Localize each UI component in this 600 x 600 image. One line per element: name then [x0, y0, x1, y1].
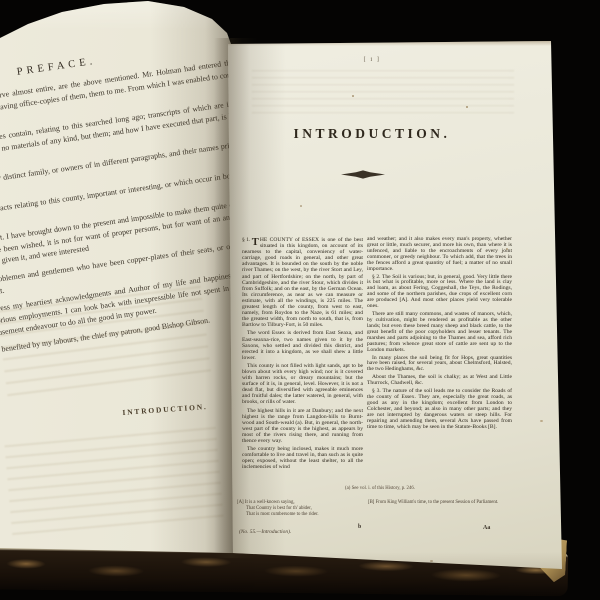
- signature-mark: Aa: [483, 525, 490, 531]
- paragraph: The highest hills in it are at Danbury; …: [242, 408, 363, 445]
- diamond-ornament-icon: [341, 170, 385, 179]
- paragraph: The word Essex is derived from East Seax…: [242, 330, 363, 360]
- paragraph: This county is not filled with light san…: [242, 363, 363, 406]
- paragraph: § 3. The nature of the soil leads me to …: [367, 389, 512, 430]
- footnote-reference: (a) See vol. i. of this History, p. 246.: [300, 486, 460, 491]
- paragraph-section-1: § 1. THE COUNTY of ESSEX is one of the b…: [242, 237, 363, 328]
- page-number: [ i ]: [232, 56, 512, 63]
- foxing-spot: [300, 205, 302, 207]
- foxing-spot: [430, 560, 433, 562]
- show-through-text: [252, 70, 514, 118]
- paragraph: § 2. The Soil is various; but, in genera…: [367, 275, 512, 311]
- text-column-right: and weather; and it also makes every man…: [367, 237, 512, 433]
- footnote-a: [A] It is a well-known saying,That Count…: [237, 500, 351, 517]
- introduction-half-title: INTRODUCTION.: [102, 401, 228, 419]
- foxing-spot: [466, 106, 468, 108]
- catchword: b: [358, 524, 361, 530]
- foxing-spot: [352, 95, 354, 97]
- show-through-text: [4, 427, 223, 535]
- section-drop-cap: § 1. T: [242, 237, 259, 248]
- text-column-left: § 1. THE COUNTY of ESSEX is one of the b…: [242, 237, 363, 472]
- footnote-b: [B] From King William's time, to the pre…: [368, 500, 500, 506]
- imprint-note: (No. 55.—Introduction).: [239, 529, 291, 535]
- paragraph: In many places the soil being fit for Ho…: [367, 356, 512, 374]
- paragraph: About the Thames, the soil is chalky; as…: [367, 375, 512, 387]
- paragraph: There are still many commons, and wastes…: [367, 312, 512, 353]
- paragraph-continuation: and weather; and it also makes every man…: [367, 237, 512, 273]
- book-photo: PREFACE. I greatly depend upon, and pres…: [0, 0, 600, 600]
- foxing-spot: [540, 420, 543, 422]
- introduction-title: INTRODUCTION.: [232, 126, 512, 142]
- paragraph: The country being inclosed, makes it muc…: [242, 446, 363, 470]
- footnote-line: That is most cumbersome to the rider.: [237, 512, 351, 518]
